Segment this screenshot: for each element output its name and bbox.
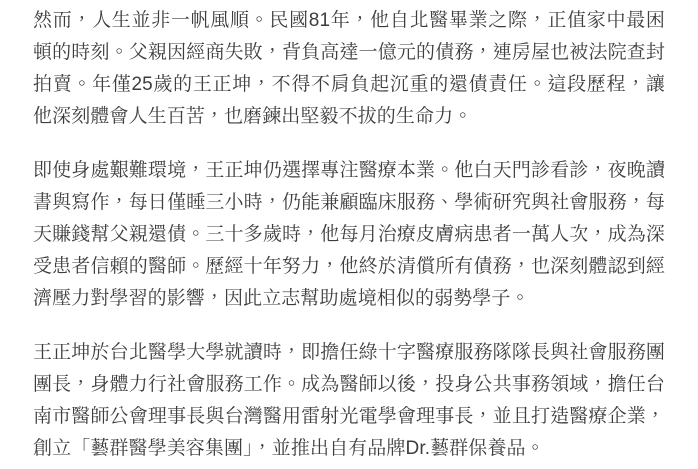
paragraph-medical-career: 即使身處艱難環境，王正坤仍選擇專注醫療本業。他白天門診看診，夜晚讀書與寫作，每日… <box>33 155 665 315</box>
paragraph-public-service: 王正坤於台北醫學大學就讀時，即擔任綠十字醫療服務隊隊長與社會服務團團長，身體力行… <box>33 337 665 465</box>
paragraph-hardship: 然而，人生並非一帆風順。民國81年，他自北醫畢業之際，正值家中最困頓的時刻。父親… <box>33 5 665 133</box>
article-body: 然而，人生並非一帆風順。民國81年，他自北醫畢業之際，正值家中最困頓的時刻。父親… <box>0 0 698 469</box>
